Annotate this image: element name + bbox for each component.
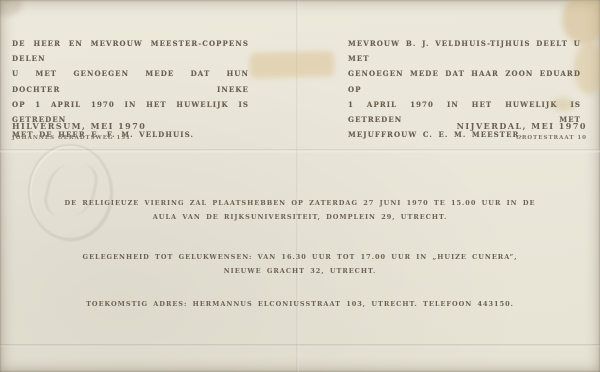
street-address: JOHANNES GERADTSWEG 151 (12, 135, 146, 141)
announcement-line: GENOEGEN MEDE DAT HAAR ZOON EDUARD OP (348, 66, 581, 96)
street-address: GROTESTRAAT 10 (457, 135, 587, 141)
bride-place-date: HILVERSUM, MEI 1970 JOHANNES GERADTSWEG … (12, 121, 146, 141)
announcement-line: MEVROUW B. J. VELDHUIS-TIJHUIS DEELT U M… (348, 36, 581, 66)
announcement-line: U MET GENOEGEN MEDE DAT HUN DOCHTER INEK… (12, 66, 249, 96)
reception-details: GELEGENHEID TOT GELUKWENSEN: VAN 16.30 U… (0, 250, 600, 278)
groom-place-date: NIJVERDAL, MEI 1970 GROTESTRAAT 10 (457, 121, 587, 141)
embossed-monogram (28, 144, 112, 240)
tape-stain (250, 51, 335, 78)
city-date: HILVERSUM, MEI 1970 (12, 121, 146, 131)
reception-line: NIEUWE GRACHT 32, UTRECHT. (0, 264, 600, 278)
fold-crease-lower (0, 344, 600, 347)
announcement-line: DE HEER EN MEVROUW MEESTER-COPPENS DELEN (12, 36, 249, 66)
city-date: NIJVERDAL, MEI 1970 (457, 121, 587, 131)
corner-shadow (0, 0, 22, 16)
future-address-line: TOEKOMSTIG ADRES: HERMANNUS ELCONIUSSTRA… (0, 297, 600, 311)
ceremony-line: DE RELIGIEUZE VIERING ZAL PLAATSHEBBEN O… (0, 196, 600, 210)
scanned-announcement-card: DE HEER EN MEVROUW MEESTER-COPPENS DELEN… (0, 0, 600, 372)
future-address: TOEKOMSTIG ADRES: HERMANNUS ELCONIUSSTRA… (0, 297, 600, 311)
ceremony-details: DE RELIGIEUZE VIERING ZAL PLAATSHEBBEN O… (0, 196, 600, 224)
ceremony-line: AULA VAN DE RIJKSUNIVERSITEIT, DOMPLEIN … (0, 210, 600, 224)
reception-line: GELEGENHEID TOT GELUKWENSEN: VAN 16.30 U… (0, 250, 600, 264)
